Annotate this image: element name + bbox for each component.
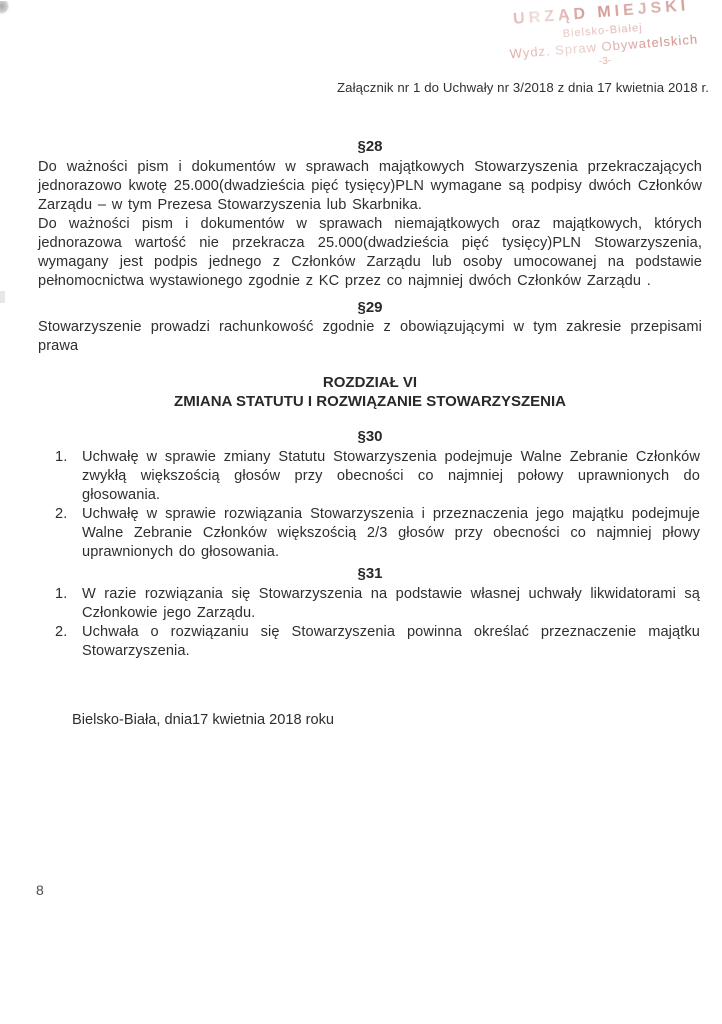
section-28-paragraph-2: Do ważności pism i dokumentów w sprawach… <box>38 215 702 291</box>
section-28-heading: §28 <box>38 138 702 155</box>
section-31-heading: §31 <box>38 565 702 582</box>
list-item-number: 2. <box>55 623 67 642</box>
chapter-number: ROZDZIAŁ VI <box>38 374 702 393</box>
list-item: 1. Uchwałę w sprawie zmiany Statutu Stow… <box>55 448 700 505</box>
scanned-document-page: URZĄD MIEJSKI Bielsko-Białej Wydz. Spraw… <box>0 0 722 1024</box>
chapter-heading: ROZDZIAŁ VI ZMIANA STATUTU I ROZWIĄZANIE… <box>38 374 702 411</box>
place-and-date-line: Bielsko-Biała, dnia17 kwietnia 2018 roku <box>72 712 334 728</box>
list-item-text: Uchwałę w sprawie rozwiązania Stowarzysz… <box>82 506 700 560</box>
page-number: 8 <box>36 882 44 898</box>
list-item-text: Uchwała o rozwiązaniu się Stowarzyszenia… <box>82 624 700 659</box>
chapter-title: ZMIANA STATUTU I ROZWIĄZANIE STOWARZYSZE… <box>38 393 702 412</box>
scan-artifact-top-left <box>0 1 9 14</box>
list-item-text: W razie rozwiązania się Stowarzyszenia n… <box>82 586 700 621</box>
section-29-paragraph: Stowarzyszenie prowadzi rachunkowość zgo… <box>38 318 702 356</box>
section-30-list: 1. Uchwałę w sprawie zmiany Statutu Stow… <box>55 448 700 563</box>
office-ink-stamp: URZĄD MIEJSKI Bielsko-Białej Wydz. Spraw… <box>486 0 720 76</box>
section-28-paragraph-1: Do ważności pism i dokumentów w sprawach… <box>38 158 702 215</box>
list-item-text: Uchwałę w sprawie zmiany Statutu Stowarz… <box>82 449 700 503</box>
list-item-number: 2. <box>55 505 67 524</box>
list-item-number: 1. <box>55 448 67 467</box>
list-item: 2. Uchwałę w sprawie rozwiązania Stowarz… <box>55 505 700 562</box>
section-29-heading: §29 <box>38 299 702 316</box>
list-item-number: 1. <box>55 585 67 604</box>
list-item: 1. W razie rozwiązania się Stowarzyszeni… <box>55 585 700 623</box>
list-item: 2. Uchwała o rozwiązaniu się Stowarzysze… <box>55 623 700 661</box>
scan-artifact-left-edge <box>0 291 5 303</box>
section-30-heading: §30 <box>38 428 702 445</box>
attachment-reference-line: Załącznik nr 1 do Uchwały nr 3/2018 z dn… <box>337 80 709 95</box>
section-31-list: 1. W razie rozwiązania się Stowarzyszeni… <box>55 585 700 661</box>
